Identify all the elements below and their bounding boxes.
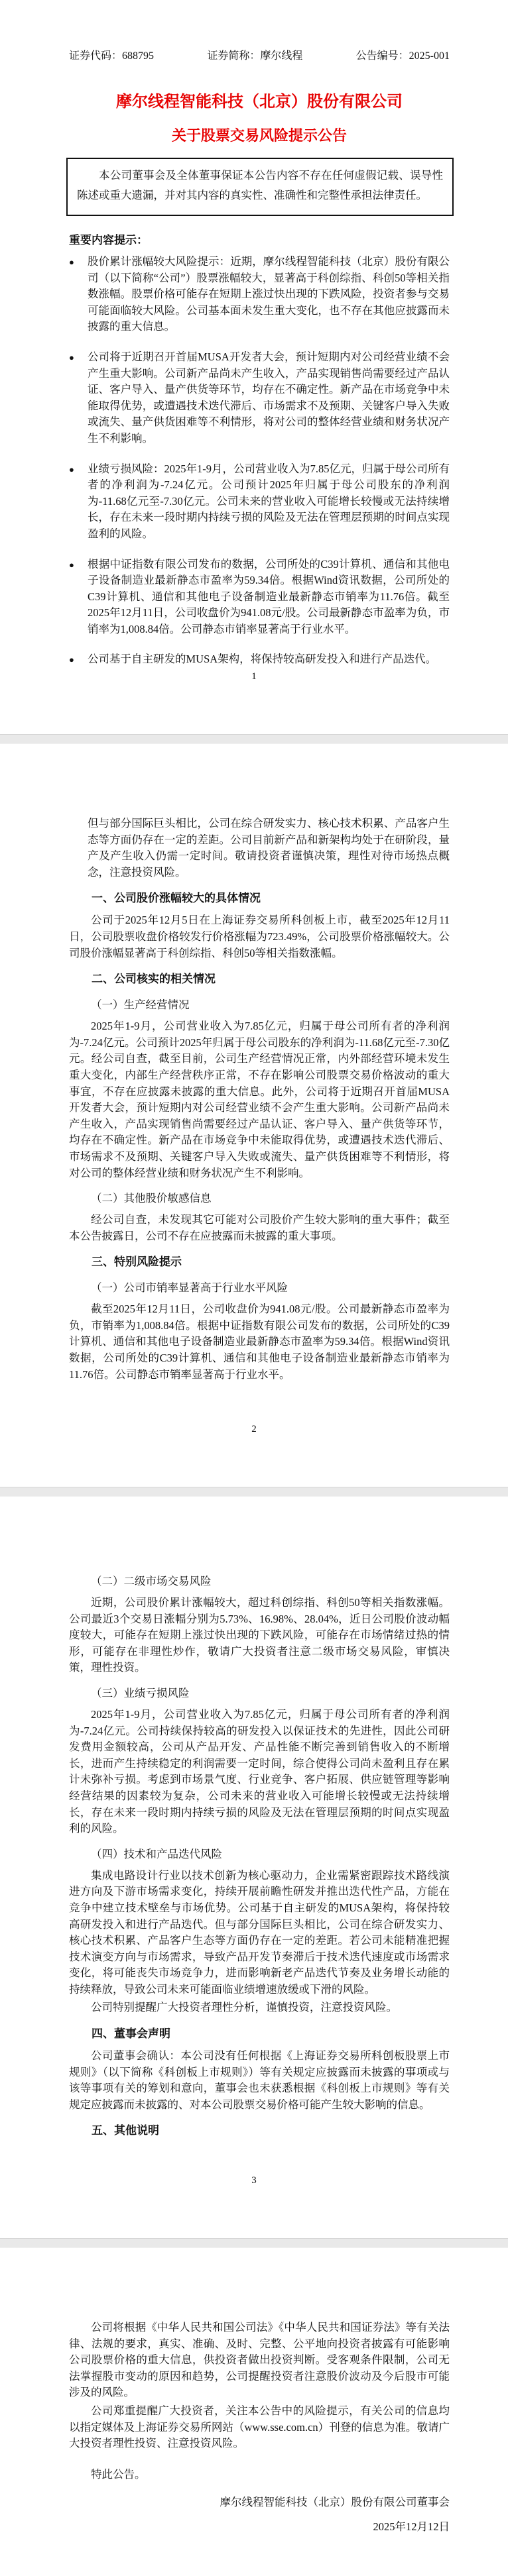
bullet-item: ●股价累计涨幅较大风险提示：近期，摩尔线程智能科技（北京）股份有限公司（以下简称… — [69, 254, 450, 335]
body-paragraph: 公司郑重提醒广大投资者，关注本公告中的风险提示，有关公司的信息均以指定媒体及上海… — [69, 2403, 450, 2452]
sub-section-heading: （二）二级市场交易风险 — [69, 1573, 450, 1589]
body-paragraph: 近期，公司股价累计涨幅较大，超过科创综指、科创50等相关指数涨幅。公司最近3个交… — [69, 1595, 450, 1676]
section-heading: 四、董事会声明 — [69, 2025, 450, 2043]
closing-line: 特此公告。 — [69, 2467, 450, 2483]
bullet-icon: ● — [69, 254, 88, 335]
signature-line: 摩尔线程智能科技（北京）股份有限公司董事会 — [69, 2495, 450, 2511]
body-paragraph: 公司董事会确认：本公司没有任何根据《上海证券交易所科创板股票上市规则》（以下简称… — [69, 2048, 450, 2113]
page-number: 3 — [0, 2175, 508, 2186]
section-heading: 五、其他说明 — [69, 2122, 450, 2139]
page-3-content: （二）二级市场交易风险近期，公司股价累计涨幅较大，超过科创综指、科创50等相关指… — [69, 1573, 450, 2139]
page-number: 2 — [0, 1424, 508, 1435]
bullet-text: 公司将于近期召开首届MUSA开发者大会，预计短期内对公司经营业绩不会产生重大影响… — [88, 349, 450, 447]
stock-code: 证券代码：688795 — [69, 49, 154, 64]
body-paragraph: 集成电路设计行业以技术创新为核心驱动力，企业需紧密跟踪技术路线演进方向及下游市场… — [69, 1868, 450, 1998]
page-4-content: 公司将根据《中华人民共和国公司法》《中华人民共和国证券法》等有关法律、法规的要求… — [69, 2320, 450, 2536]
announcement-number: 公告编号：2025-001 — [356, 49, 450, 64]
bullet-icon: ● — [69, 557, 88, 638]
signature-date: 2025年12月12日 — [69, 2519, 450, 2536]
body-paragraph: 公司特别提醒广大投资者理性分析，谨慎投资，注意投资风险。 — [69, 2000, 450, 2016]
bullet-item: ●根据中证指数有限公司发布的数据，公司所处的C39计算机、通信和其他电子设备制造… — [69, 557, 450, 638]
securities-header-row: 证券代码：688795 证券简称：摩尔线程 公告编号：2025-001 — [69, 49, 450, 64]
body-paragraph: 2025年1-9月，公司营业收入为7.85亿元，归属于母公司所有者的净利润为-7… — [69, 1707, 450, 1837]
announcement-document: { "meta": { "header": { "stock_code": "证… — [0, 0, 508, 2576]
pdf-page-3: （二）二级市场交易风险近期，公司股价累计涨幅较大，超过科创综指、科创50等相关指… — [0, 1497, 508, 2238]
body-paragraph: 2025年1-9月，公司营业收入为7.85亿元，归属于母公司所有者的净利润为-7… — [69, 1018, 450, 1181]
page-separator — [0, 1487, 508, 1497]
page-separator — [0, 734, 508, 744]
pdf-page-1: 证券代码：688795 证券简称：摩尔线程 公告编号：2025-001 摩尔线程… — [0, 0, 508, 734]
section-heading: 三、特别风险提示 — [69, 1254, 450, 1271]
bullet-text: 股价累计涨幅较大风险提示：近期，摩尔线程智能科技（北京）股份有限公司（以下简称“… — [88, 254, 450, 335]
bullet-text: 公司基于自主研发的MUSA架构，将保持较高研发投入和进行产品迭代。 — [88, 651, 450, 669]
bullet-icon: ● — [69, 349, 88, 447]
page-separator — [0, 2238, 508, 2248]
bullet-icon: ● — [69, 651, 88, 669]
body-paragraph: 公司将根据《中华人民共和国公司法》《中华人民共和国证券法》等有关法律、法规的要求… — [69, 2320, 450, 2401]
bullet-item: ●公司将于近期召开首届MUSA开发者大会，预计短期内对公司经营业绩不会产生重大影… — [69, 349, 450, 447]
important-notice-label: 重要内容提示： — [69, 232, 450, 248]
section-heading: 二、公司核实的相关情况 — [69, 971, 450, 988]
bullet-item: ●公司基于自主研发的MUSA架构，将保持较高研发投入和进行产品迭代。 — [69, 651, 450, 669]
body-paragraph: 公司于2025年12月5日在上海证券交易所科创板上市，截至2025年12月11日… — [69, 912, 450, 961]
sub-section-heading: （三）业绩亏损风险 — [69, 1685, 450, 1701]
body-paragraph: 截至2025年12月11日，公司收盘价为941.08元/股。公司最新静态市盈率为… — [69, 1301, 450, 1383]
pdf-page-4: 公司将根据《中华人民共和国公司法》《中华人民共和国证券法》等有关法律、法规的要求… — [0, 2248, 508, 2576]
body-paragraph: 但与部分国际巨头相比，公司在综合研发实力、核心技术积累、产品客户生态等方面仍存在… — [88, 816, 450, 881]
company-title: 摩尔线程智能科技（北京）股份有限公司 — [69, 91, 450, 113]
body-paragraph: 经公司自查，未发现其它可能对公司股价产生较大影响的重大事件；截至本公告披露日，公… — [69, 1212, 450, 1244]
bullet-item: ●业绩亏损风险：2025年1-9月，公司营业收入为7.85亿元，归属于母公司所有… — [69, 461, 450, 543]
sub-section-heading: （四）技术和产品迭代风险 — [69, 1846, 450, 1862]
page-2-content: 但与部分国际巨头相比，公司在综合研发实力、核心技术积累、产品客户生态等方面仍存在… — [69, 816, 450, 1383]
section-heading: 一、公司股价涨幅较大的具体情况 — [69, 890, 450, 907]
bullet-text: 业绩亏损风险：2025年1-9月，公司营业收入为7.85亿元，归属于母公司所有者… — [88, 461, 450, 543]
stock-abbr: 证券简称：摩尔线程 — [207, 49, 302, 64]
board-declaration-box: 本公司董事会及全体董事保证本公告内容不存在任何虚假记载、误导性陈述或重大遗漏，并… — [66, 158, 454, 216]
sub-section-heading: （二）其他股价敏感信息 — [69, 1190, 450, 1207]
announcement-title: 关于股票交易风险提示公告 — [69, 126, 450, 146]
pdf-page-2: 但与部分国际巨头相比，公司在综合研发实力、核心技术积累、产品客户生态等方面仍存在… — [0, 744, 508, 1487]
bullet-icon: ● — [69, 461, 88, 543]
page-number: 1 — [0, 671, 508, 682]
sub-section-heading: （一）生产经营情况 — [69, 996, 450, 1013]
sub-section-heading: （一）公司市销率显著高于行业水平风险 — [69, 1279, 450, 1296]
page-1-content: ●股价累计涨幅较大风险提示：近期，摩尔线程智能科技（北京）股份有限公司（以下简称… — [69, 254, 450, 669]
bullet-text: 根据中证指数有限公司发布的数据，公司所处的C39计算机、通信和其他电子设备制造业… — [88, 557, 450, 638]
